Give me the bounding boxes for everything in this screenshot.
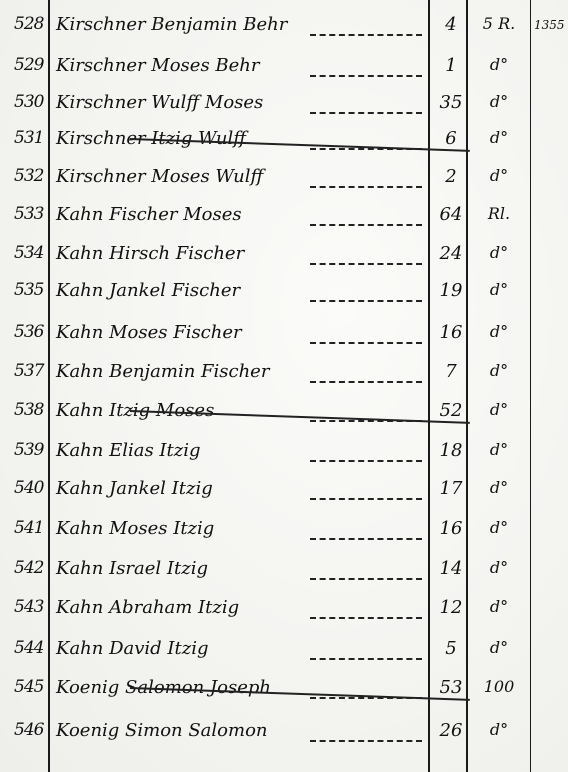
entry-amount: d° bbox=[474, 128, 524, 147]
table-row: 543Kahn Abraham Itzig12d° bbox=[0, 597, 568, 635]
entry-amount: d° bbox=[474, 361, 524, 380]
entry-number: 540 bbox=[14, 478, 50, 498]
table-row: 530Kirschner Wulff Moses35d° bbox=[0, 92, 568, 130]
entry-amount: d° bbox=[474, 638, 524, 657]
table-row: 533Kahn Fischer Moses64Rl. bbox=[0, 204, 568, 242]
entry-number: 544 bbox=[14, 638, 50, 658]
entry-amount: d° bbox=[474, 400, 524, 419]
table-row: 528Kirschner Benjamin Behr45 R. bbox=[0, 14, 568, 52]
entry-name: Kahn Elias Itzig bbox=[56, 440, 201, 461]
entry-amount: d° bbox=[474, 558, 524, 577]
entry-amount: Rl. bbox=[474, 204, 524, 223]
entry-number: 545 bbox=[14, 677, 50, 697]
entry-number: 541 bbox=[14, 518, 50, 538]
leader-dots bbox=[310, 498, 422, 500]
table-row: 535Kahn Jankel Fischer19d° bbox=[0, 280, 568, 318]
entry-age: 26 bbox=[436, 720, 466, 741]
entry-name: Kahn Moses Fischer bbox=[56, 322, 242, 343]
entry-amount: d° bbox=[474, 243, 524, 262]
entry-amount: d° bbox=[474, 478, 524, 497]
entry-number: 535 bbox=[14, 280, 50, 300]
entry-name: Kirschner Moses Behr bbox=[56, 55, 259, 76]
entry-name: Kahn Fischer Moses bbox=[56, 204, 242, 225]
entry-age: 64 bbox=[436, 204, 466, 225]
table-row: 541Kahn Moses Itzig16d° bbox=[0, 518, 568, 556]
entry-age: 16 bbox=[436, 518, 466, 539]
entry-amount: 100 bbox=[474, 677, 524, 696]
entry-name: Kahn Jankel Itzig bbox=[56, 478, 213, 499]
entry-age: 4 bbox=[436, 14, 466, 35]
entry-number: 542 bbox=[14, 558, 50, 578]
table-row: 542Kahn Israel Itzig14d° bbox=[0, 558, 568, 596]
table-row: 534Kahn Hirsch Fischer24d° bbox=[0, 243, 568, 281]
entry-name: Kahn Israel Itzig bbox=[56, 558, 208, 579]
entry-name: Kirschner Wulff Moses bbox=[56, 92, 263, 113]
leader-dots bbox=[310, 263, 422, 265]
entry-amount: d° bbox=[474, 92, 524, 111]
entry-amount: d° bbox=[474, 440, 524, 459]
entry-age: 24 bbox=[436, 243, 466, 264]
entry-age: 1 bbox=[436, 55, 466, 76]
table-row: 545Koenig Salomon Joseph53100 bbox=[0, 677, 568, 715]
table-row: 531Kirschner Itzig Wulff6d° bbox=[0, 128, 568, 166]
entry-name: Kirschner Benjamin Behr bbox=[56, 14, 287, 35]
entry-age: 2 bbox=[436, 166, 466, 187]
entry-number: 543 bbox=[14, 597, 50, 617]
entry-number: 534 bbox=[14, 243, 50, 263]
entry-number: 530 bbox=[14, 92, 50, 112]
entry-number: 539 bbox=[14, 440, 50, 460]
leader-dots bbox=[310, 740, 422, 742]
table-row: 539Kahn Elias Itzig18d° bbox=[0, 440, 568, 478]
entry-age: 5 bbox=[436, 638, 466, 659]
entry-age: 19 bbox=[436, 280, 466, 301]
leader-dots bbox=[310, 34, 422, 36]
table-row: 536Kahn Moses Fischer16d° bbox=[0, 322, 568, 360]
entry-age: 12 bbox=[436, 597, 466, 618]
entry-amount: d° bbox=[474, 720, 524, 739]
leader-dots bbox=[310, 186, 422, 188]
entry-amount: 5 R. bbox=[474, 14, 524, 33]
leader-dots bbox=[310, 112, 422, 114]
leader-dots bbox=[310, 460, 422, 462]
entry-age: 16 bbox=[436, 322, 466, 343]
register-page: 1355 528Kirschner Benjamin Behr45 R.529K… bbox=[0, 0, 568, 772]
entry-name: Kahn Hirsch Fischer bbox=[56, 243, 244, 264]
table-row: 538Kahn Itzig Moses52d° bbox=[0, 400, 568, 438]
leader-dots bbox=[310, 578, 422, 580]
leader-dots bbox=[310, 75, 422, 77]
entry-amount: d° bbox=[474, 518, 524, 537]
entry-name: Koenig Simon Salomon bbox=[56, 720, 268, 741]
entry-number: 537 bbox=[14, 361, 50, 381]
entry-name: Kirschner Moses Wulff bbox=[56, 166, 263, 187]
entry-number: 546 bbox=[14, 720, 50, 740]
table-row: 540Kahn Jankel Itzig17d° bbox=[0, 478, 568, 516]
entry-name: Kahn Abraham Itzig bbox=[56, 597, 239, 618]
leader-dots bbox=[310, 658, 422, 660]
entry-age: 52 bbox=[436, 400, 466, 421]
entry-number: 529 bbox=[14, 55, 50, 75]
entry-number: 536 bbox=[14, 322, 50, 342]
leader-dots bbox=[310, 538, 422, 540]
entry-age: 7 bbox=[436, 361, 466, 382]
entry-number: 533 bbox=[14, 204, 50, 224]
leader-dots bbox=[310, 617, 422, 619]
entry-number: 532 bbox=[14, 166, 50, 186]
entry-name: Kahn Moses Itzig bbox=[56, 518, 214, 539]
entry-number: 538 bbox=[14, 400, 50, 420]
entry-age: 53 bbox=[436, 677, 466, 698]
table-row: 546Koenig Simon Salomon26d° bbox=[0, 720, 568, 758]
leader-dots bbox=[310, 224, 422, 226]
entry-number: 531 bbox=[14, 128, 50, 148]
entry-name: Kahn Benjamin Fischer bbox=[56, 361, 269, 382]
leader-dots bbox=[310, 381, 422, 383]
entry-age: 17 bbox=[436, 478, 466, 499]
table-row: 529Kirschner Moses Behr1d° bbox=[0, 55, 568, 93]
entry-age: 6 bbox=[436, 128, 466, 149]
entry-amount: d° bbox=[474, 597, 524, 616]
entry-amount: d° bbox=[474, 55, 524, 74]
entry-number: 528 bbox=[14, 14, 50, 34]
entry-age: 35 bbox=[436, 92, 466, 113]
leader-dots bbox=[310, 300, 422, 302]
leader-dots bbox=[310, 342, 422, 344]
entry-amount: d° bbox=[474, 166, 524, 185]
table-row: 537Kahn Benjamin Fischer7d° bbox=[0, 361, 568, 399]
entry-amount: d° bbox=[474, 322, 524, 341]
entry-age: 14 bbox=[436, 558, 466, 579]
table-row: 532Kirschner Moses Wulff2d° bbox=[0, 166, 568, 204]
entry-age: 18 bbox=[436, 440, 466, 461]
entry-amount: d° bbox=[474, 280, 524, 299]
table-row: 544Kahn David Itzig5d° bbox=[0, 638, 568, 676]
entry-name: Kahn David Itzig bbox=[56, 638, 209, 659]
entry-name: Kahn Jankel Fischer bbox=[56, 280, 240, 301]
